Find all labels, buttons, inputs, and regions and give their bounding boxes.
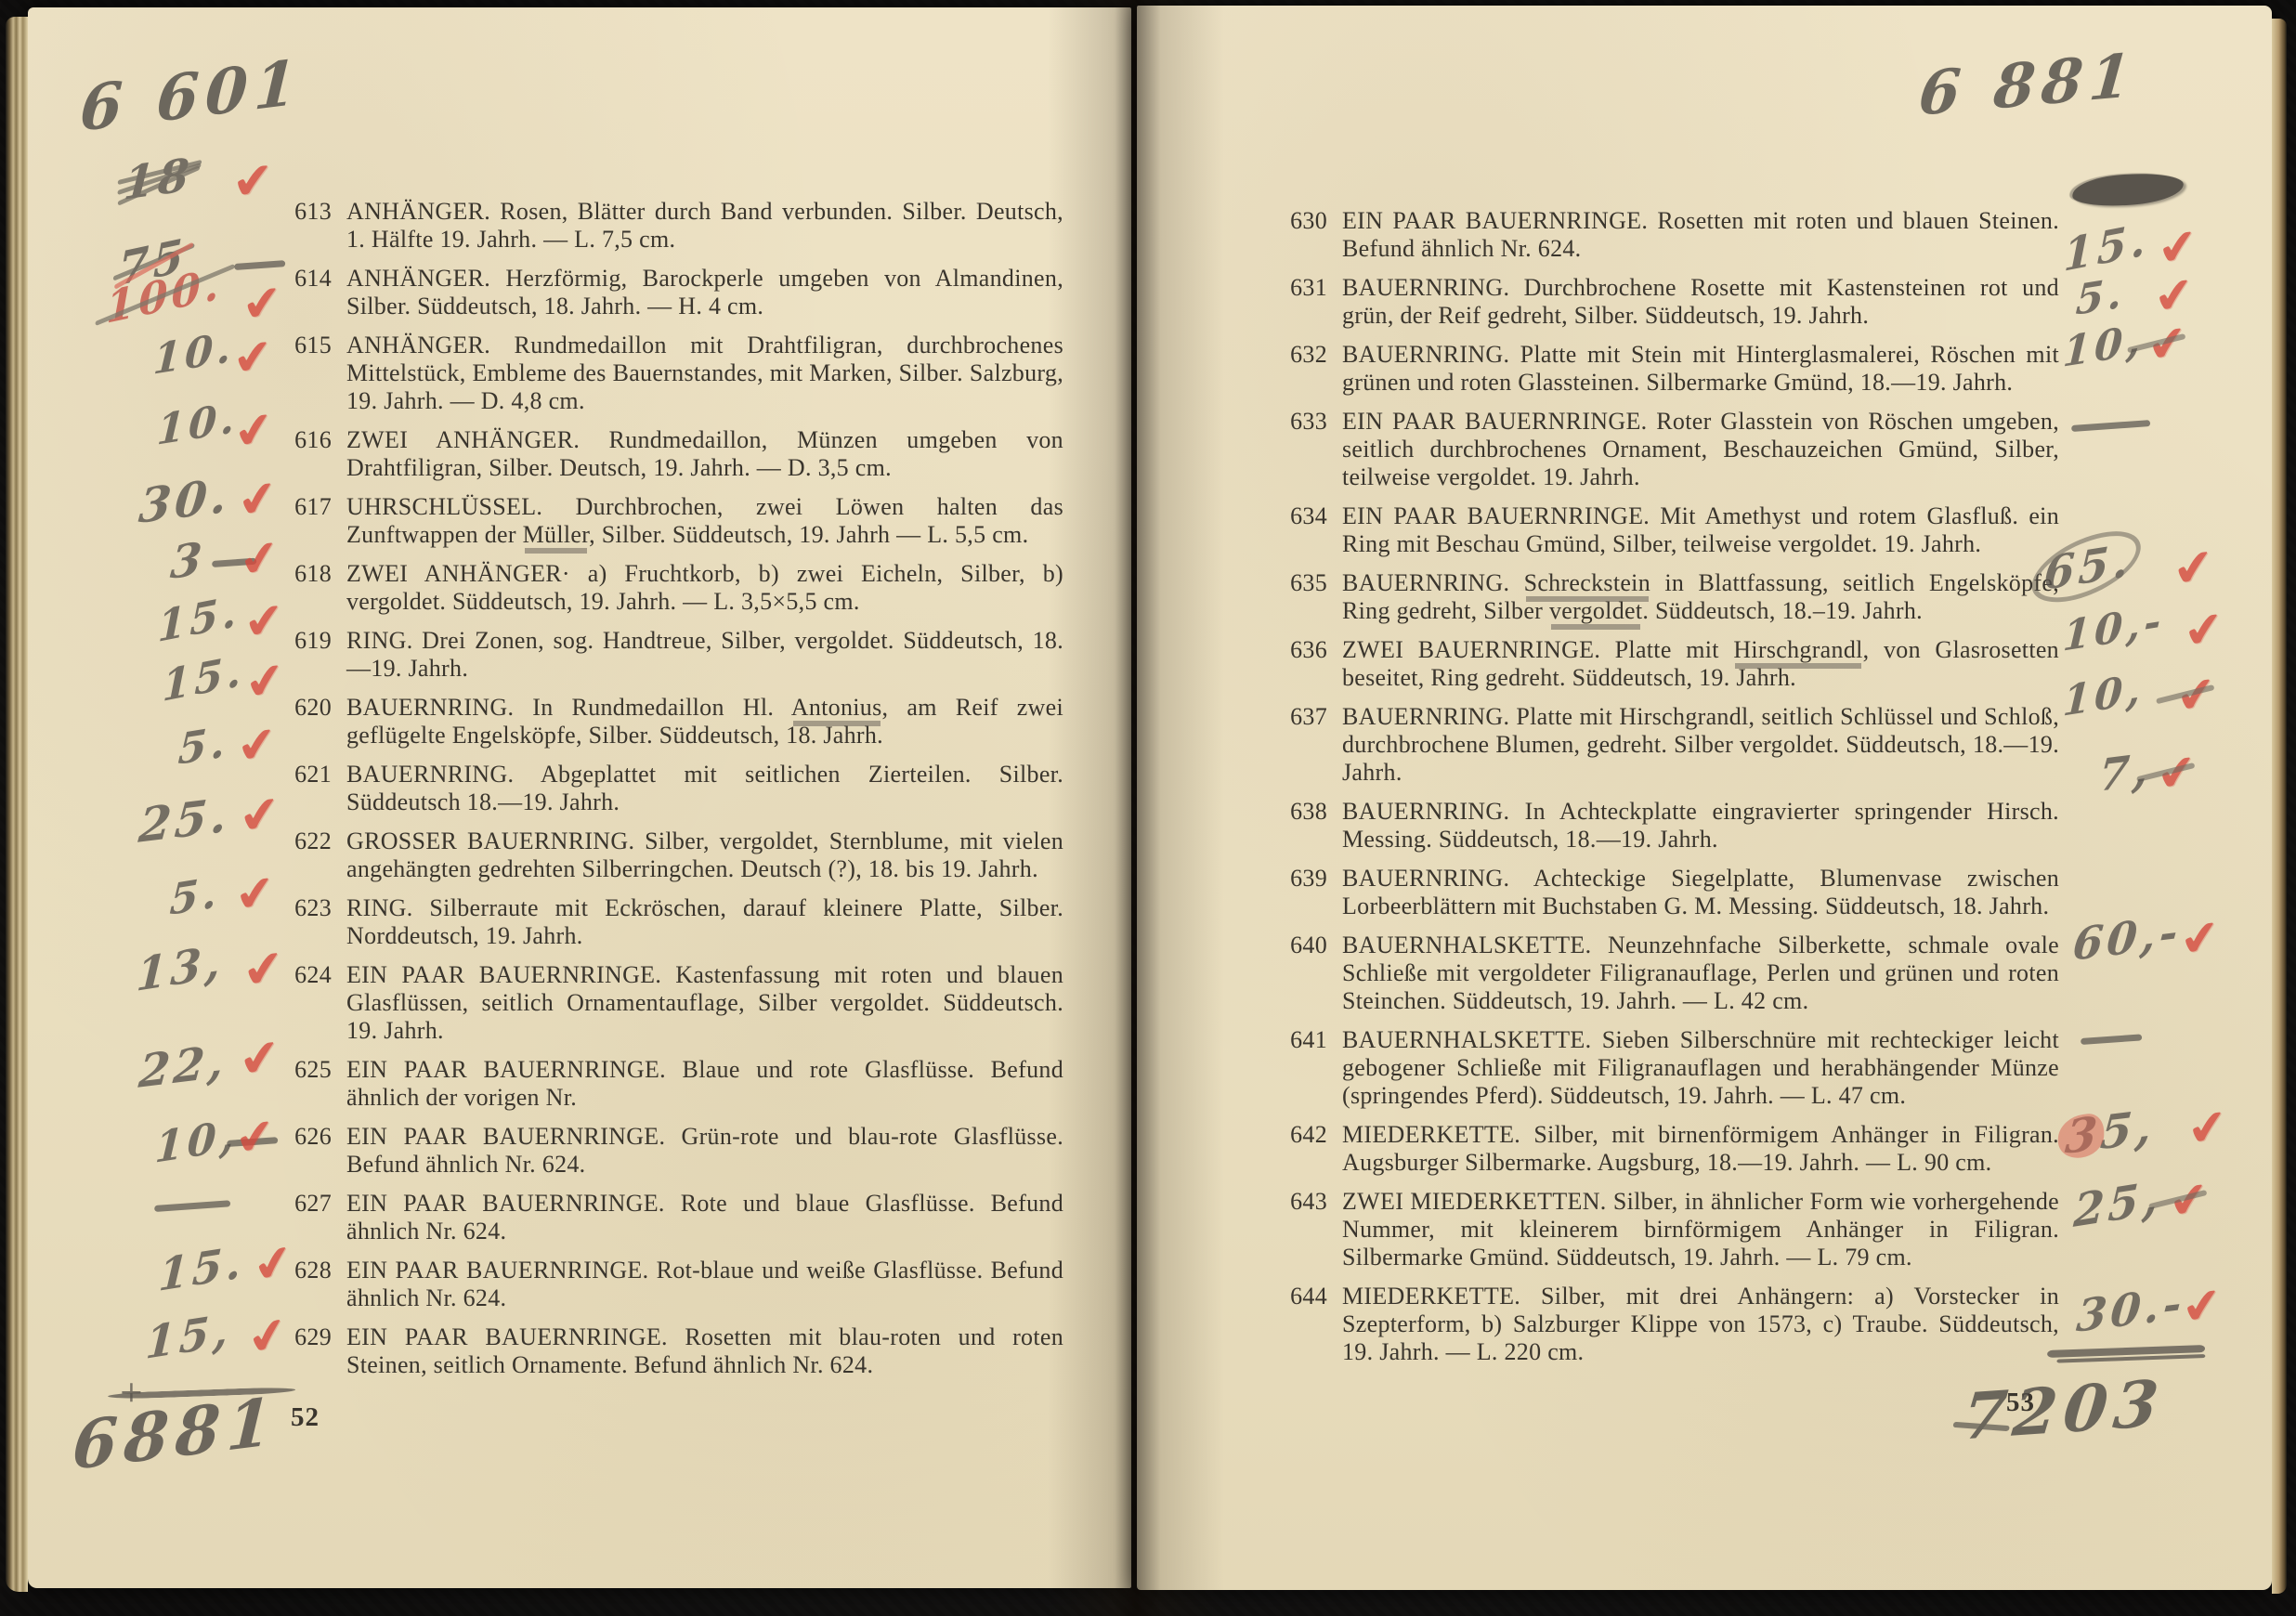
pencil-underlined-word: Hirschgrandl (1733, 636, 1862, 663)
red-checkmark: ✔ (234, 720, 280, 773)
lot-description: BAUERNRING. Abgeplattet mit seitlichen Z… (346, 761, 1063, 816)
lot-description: MIEDERKETTE. Silber, mit birnenförmigem … (1342, 1121, 2059, 1177)
lot-description: EIN PAAR BAUERNRINGE. Rosetten mit blau-… (346, 1323, 1063, 1379)
catalog-page-right: 630EIN PAAR BAUERNRINGE. Rosetten mit ro… (1137, 6, 2272, 1590)
lot-number: 614 (278, 265, 332, 320)
catalog-page-left: 613ANHÄNGER. Rosen, Blätter durch Band v… (28, 7, 1131, 1588)
red-checkmark: ✔ (2181, 605, 2227, 658)
lot-number: 633 (1273, 408, 1327, 491)
catalog-entry-642: 642MIEDERKETTE. Silber, mit birnenförmig… (1273, 1121, 2059, 1177)
lot-description: EIN PAAR BAUERNRINGE. Mit Amethyst und r… (1342, 502, 2059, 558)
catalog-entry-618: 618ZWEI ANHÄNGER· a) Fruchtkorb, b) zwei… (278, 560, 1063, 616)
lot-description: ANHÄNGER. Rundmedaillon mit Drahtfiligra… (346, 332, 1063, 415)
lot-number: 622 (278, 828, 332, 883)
lot-number: 640 (1273, 932, 1327, 1015)
red-checkmark: ✔ (2179, 1281, 2225, 1334)
catalog-entry-613: 613ANHÄNGER. Rosen, Blätter durch Band v… (278, 198, 1063, 254)
lot-number: 620 (278, 694, 332, 749)
lot-description: BAUERNRING. Platte mit Stein mit Hinterg… (1342, 341, 2059, 397)
red-checkmark: ✔ (230, 332, 276, 384)
pencil-dash-over-check (2136, 762, 2196, 782)
red-checkmark: ✔ (2155, 222, 2201, 275)
lot-description: ZWEI MIEDERKETTEN. Silber, in ähnlicher … (1342, 1188, 2059, 1271)
lot-description: ZWEI ANHÄNGER. Rundmedaillon, Münzen umg… (346, 426, 1063, 482)
lot-number: 637 (1273, 703, 1327, 787)
catalog-entry-622: 622GROSSER BAUERNRING. Silber, vergoldet… (278, 828, 1063, 883)
catalog-entry-623: 623RING. Silberraute mit Eckröschen, dar… (278, 894, 1063, 950)
page-number-right: 53 (2006, 1388, 2035, 1418)
pencil-running-total: 7203 (1960, 1372, 2168, 1450)
page-number-left: 52 (291, 1402, 320, 1433)
lot-description: MIEDERKETTE. Silber, mit drei Anhängern:… (1342, 1283, 2059, 1366)
pencil-underlined-word: vergoldet (1549, 597, 1642, 624)
pencil-dash (2081, 1034, 2142, 1045)
lot-description: BAUERNHALSKETTE. Neunzehnfache Silberket… (1342, 932, 2059, 1015)
pencil-scribble (117, 163, 202, 195)
pencil-plus-sign: + (119, 1376, 144, 1406)
pencil-price-note: 13, (135, 939, 225, 998)
catalog-entry-617: 617UHRSCHLÜSSEL. Durchbrochen, zwei Löwe… (278, 493, 1063, 549)
red-checkmark: ✔ (2185, 1102, 2231, 1155)
pencil-price-note: 30. (137, 472, 233, 530)
lot-number: 617 (278, 493, 332, 549)
lot-number: 634 (1273, 502, 1327, 558)
pencil-price-note: 7, (2097, 748, 2154, 799)
pencil-price-note: 10,- (2062, 601, 2166, 658)
pencil-price-note: 5. (2075, 273, 2127, 322)
lot-description: RING. Drei Zonen, sog. Handtreue, Silber… (346, 627, 1063, 683)
pencil-price-note: 10, (154, 1114, 240, 1169)
red-checkmark: ✔ (232, 1112, 279, 1165)
red-checkmark: ✔ (2145, 319, 2191, 371)
lot-description: UHRSCHLÜSSEL. Durchbrochen, zwei Löwen h… (346, 493, 1063, 549)
catalog-entry-627: 627EIN PAAR BAUERNRINGE. Rote und blaue … (278, 1190, 1063, 1245)
pencil-dash-over-check (2156, 684, 2215, 704)
pencil-price-note: 18 (123, 152, 194, 207)
lot-number: 613 (278, 198, 332, 254)
catalog-entry-615: 615ANHÄNGER. Rundmedaillon mit Drahtfili… (278, 332, 1063, 415)
pencil-dash (2071, 420, 2150, 432)
lot-number: 615 (278, 332, 332, 415)
pencil-seven-crossbar (1952, 1422, 2010, 1431)
lot-description: ZWEI BAUERNRINGE. Platte mit Hirschgrand… (1342, 636, 2059, 692)
lot-description: GROSSER BAUERNRING. Silber, vergoldet, S… (346, 828, 1063, 883)
catalog-entry-624: 624EIN PAAR BAUERNRINGE. Kastenfassung m… (278, 961, 1063, 1045)
lot-description: BAUERNRING. Schreckstein in Blattfassung… (1342, 569, 2059, 625)
pencil-dash (154, 1200, 230, 1212)
red-checkmark: ✔ (232, 868, 279, 921)
pencil-price-note: 10, (2062, 319, 2146, 374)
catalog-entry-643: 643ZWEI MIEDERKETTEN. Silber, in ähnlich… (1273, 1188, 2059, 1271)
lot-description: EIN PAAR BAUERNRINGE. Rot-blaue und weiß… (346, 1257, 1063, 1312)
left-entries: 613ANHÄNGER. Rosen, Blätter durch Band v… (278, 198, 1063, 1390)
pencil-dash (227, 1137, 278, 1147)
red-checkmark: ✔ (236, 1031, 283, 1086)
lot-description: EIN PAAR BAUERNRINGE. Grün-rote und blau… (346, 1123, 1063, 1179)
lot-description: RING. Silberraute mit Eckröschen, darauf… (346, 894, 1063, 950)
pencil-dash (212, 558, 256, 567)
pencil-price-note: 10. (156, 397, 240, 452)
lot-number: 636 (1273, 636, 1327, 692)
lot-number: 638 (1273, 798, 1327, 854)
red-checkmark: ✔ (2154, 748, 2200, 801)
pencil-underlined-word: Antonius (791, 694, 882, 721)
red-strikeout (113, 241, 193, 289)
lot-description: ANHÄNGER. Herzförmig, Barockperle umgebe… (346, 265, 1063, 320)
lot-description: BAUERNRING. In Achteckplatte eingraviert… (1342, 798, 2059, 854)
pencil-strikeout (112, 243, 195, 281)
lot-number: 635 (1273, 569, 1327, 625)
pencil-price-note: 15. (2063, 217, 2149, 279)
pencil-running-total: 6 601 (78, 51, 304, 140)
lot-number: 626 (278, 1123, 332, 1179)
pencil-price-note: 75 (119, 232, 187, 293)
lot-description: EIN PAAR BAUERNRINGE. Roter Glasstein vo… (1342, 408, 2059, 491)
catalog-entry-614: 614ANHÄNGER. Herzförmig, Barockperle umg… (278, 265, 1063, 320)
catalog-entry-631: 631BAUERNRING. Durchbrochene Rosette mit… (1273, 274, 2059, 330)
lot-description: ZWEI ANHÄNGER· a) Fruchtkorb, b) zwei Ei… (346, 560, 1063, 616)
pencil-price-note: 22, (137, 1038, 229, 1095)
pencil-price-note: 25, (2072, 1175, 2162, 1234)
catalog-entry-632: 632BAUERNRING. Platte mit Stein mit Hint… (1273, 341, 2059, 397)
pencil-price-note: 10. (152, 327, 236, 382)
lot-description: BAUERNRING. Achteckige Siegelplatte, Blu… (1342, 865, 2059, 920)
red-checkmark: ✔ (2166, 1175, 2212, 1228)
lot-description: ANHÄNGER. Rosen, Blätter durch Band verb… (346, 198, 1063, 254)
lot-number: 621 (278, 761, 332, 816)
lot-number: 639 (1273, 865, 1327, 920)
lot-description: EIN PAAR BAUERNRINGE. Rosetten mit roten… (1342, 207, 2059, 263)
pencil-scribble (117, 160, 202, 185)
catalog-entry-644: 644MIEDERKETTE. Silber, mit drei Anhänge… (1273, 1283, 2059, 1366)
catalog-entry-621: 621BAUERNRING. Abgeplattet mit seitliche… (278, 761, 1063, 816)
lot-description: EIN PAAR BAUERNRINGE. Rote und blaue Gla… (346, 1190, 1063, 1245)
catalog-entry-633: 633EIN PAAR BAUERNRINGE. Roter Glasstein… (1273, 408, 2059, 491)
pencil-price-note: 15, (144, 1308, 232, 1366)
pencil-price-note: 3 (169, 536, 207, 585)
pencil-sum-line (108, 1387, 295, 1400)
lot-number: 630 (1273, 207, 1327, 263)
pencil-price-note: 15. (157, 1240, 245, 1298)
pencil-price-note: 30.- (2075, 1282, 2187, 1339)
lot-number: 627 (278, 1190, 332, 1245)
catalog-entry-640: 640BAUERNHALSKETTE. Neunzehnfache Silber… (1273, 932, 2059, 1015)
lot-number: 616 (278, 426, 332, 482)
pencil-price-note: 25. (137, 791, 233, 850)
catalog-entry-629: 629EIN PAAR BAUERNRINGE. Rosetten mit bl… (278, 1323, 1063, 1379)
catalog-entry-639: 639BAUERNRING. Achteckige Siegelplatte, … (1273, 865, 2059, 920)
red-checkmark: ✔ (2177, 913, 2224, 966)
catalog-entry-620: 620BAUERNRING. In Rundmedaillon Hl. Anto… (278, 694, 1063, 749)
catalog-entry-616: 616ZWEI ANHÄNGER. Rundmedaillon, Münzen … (278, 426, 1063, 482)
red-checkmark: ✔ (234, 473, 281, 527)
lot-description: BAUERNRING. Durchbrochene Rosette mit Ka… (1342, 274, 2059, 330)
catalog-entry-630: 630EIN PAAR BAUERNRINGE. Rosetten mit ro… (1273, 207, 2059, 263)
catalog-entry-635: 635BAUERNRING. Schreckstein in Blattfass… (1273, 569, 2059, 625)
lot-description: EIN PAAR BAUERNRINGE. Blaue und rote Gla… (346, 1056, 1063, 1112)
catalog-entry-641: 641BAUERNHALSKETTE. Sieben Silberschnüre… (1273, 1026, 2059, 1110)
catalog-entry-638: 638BAUERNRING. In Achteckplatte eingravi… (1273, 798, 2059, 854)
red-checkmark: ✔ (236, 788, 283, 842)
lot-number: 619 (278, 627, 332, 683)
lot-number: 641 (1273, 1026, 1327, 1110)
pencil-price-note: 10, (2062, 669, 2146, 723)
pencil-double-sum-line (2047, 1345, 2205, 1365)
catalog-entry-637: 637BAUERNRING. Platte mit Hirschgrandl, … (1273, 703, 2059, 787)
lot-number: 632 (1273, 341, 1327, 397)
lot-number: 631 (1273, 274, 1327, 330)
red-checkmark: ✔ (236, 532, 283, 586)
catalog-entry-636: 636ZWEI BAUERNRINGE. Platte mit Hirschgr… (1273, 636, 2059, 692)
lot-description: BAUERNHALSKETTE. Sieben Silberschnüre mi… (1342, 1026, 2059, 1110)
red-checkmark: ✔ (2170, 541, 2217, 595)
lot-description: BAUERNRING. In Rundmedaillon Hl. Antoniu… (346, 694, 1063, 749)
red-checkmark: ✔ (230, 155, 276, 208)
lot-number: 628 (278, 1257, 332, 1312)
pencil-price-note: 5. (177, 720, 230, 771)
lot-number: 629 (278, 1323, 332, 1379)
red-checkmark: ✔ (230, 404, 278, 458)
pencil-dash-over-check (2127, 333, 2186, 353)
pencil-price-note: 15. (162, 649, 244, 708)
lot-number: 624 (278, 961, 332, 1045)
scanned-auction-catalog-spread: { "document_type": "auction catalogue do… (0, 0, 2296, 1616)
pencil-running-total: 6 881 (1916, 46, 2139, 124)
pencil-underlined-word: Schreckstein (1524, 569, 1650, 596)
pencil-price-note: 15. (157, 590, 240, 648)
catalog-entry-626: 626EIN PAAR BAUERNRINGE. Grün-rote und b… (278, 1123, 1063, 1179)
lot-number: 623 (278, 894, 332, 950)
pencil-running-total: 6881 (71, 1388, 280, 1479)
catalog-entry-628: 628EIN PAAR BAUERNRINGE. Rot-blaue und w… (278, 1257, 1063, 1312)
lot-description: BAUERNRING. Platte mit Hirschgrandl, sei… (1342, 703, 2059, 787)
pencil-price-note: 60,- (2071, 910, 2184, 968)
catalog-entry-625: 625EIN PAAR BAUERNRINGE. Blaue und rote … (278, 1056, 1063, 1112)
pencil-price-note: 100. (106, 261, 222, 330)
pencil-price-note: 35, (2064, 1103, 2158, 1161)
pencil-price-note: 5. (169, 870, 222, 921)
lot-number: 642 (1273, 1121, 1327, 1177)
pencil-dash-over-check (2148, 1190, 2208, 1209)
lot-number: 643 (1273, 1188, 1327, 1271)
lot-description: EIN PAAR BAUERNRINGE. Kastenfassung mit … (346, 961, 1063, 1045)
catalog-entry-634: 634EIN PAAR BAUERNRINGE. Mit Amethyst un… (1273, 502, 2059, 558)
red-scribble (2056, 1112, 2107, 1161)
lot-number: 644 (1273, 1283, 1327, 1366)
pencil-scribble (117, 165, 200, 206)
lot-number: 625 (278, 1056, 332, 1112)
pencil-blackout-scribble (2071, 171, 2185, 209)
pencil-strikeout (95, 264, 235, 326)
red-checkmark: ✔ (2151, 270, 2198, 323)
lot-number: 618 (278, 560, 332, 616)
pencil-underlined-word: Müller (523, 521, 590, 548)
catalog-entry-619: 619RING. Drei Zonen, sog. Handtreue, Sil… (278, 627, 1063, 683)
red-checkmark: ✔ (2173, 670, 2220, 723)
right-entries: 630EIN PAAR BAUERNRINGE. Rosetten mit ro… (1273, 207, 2059, 1377)
